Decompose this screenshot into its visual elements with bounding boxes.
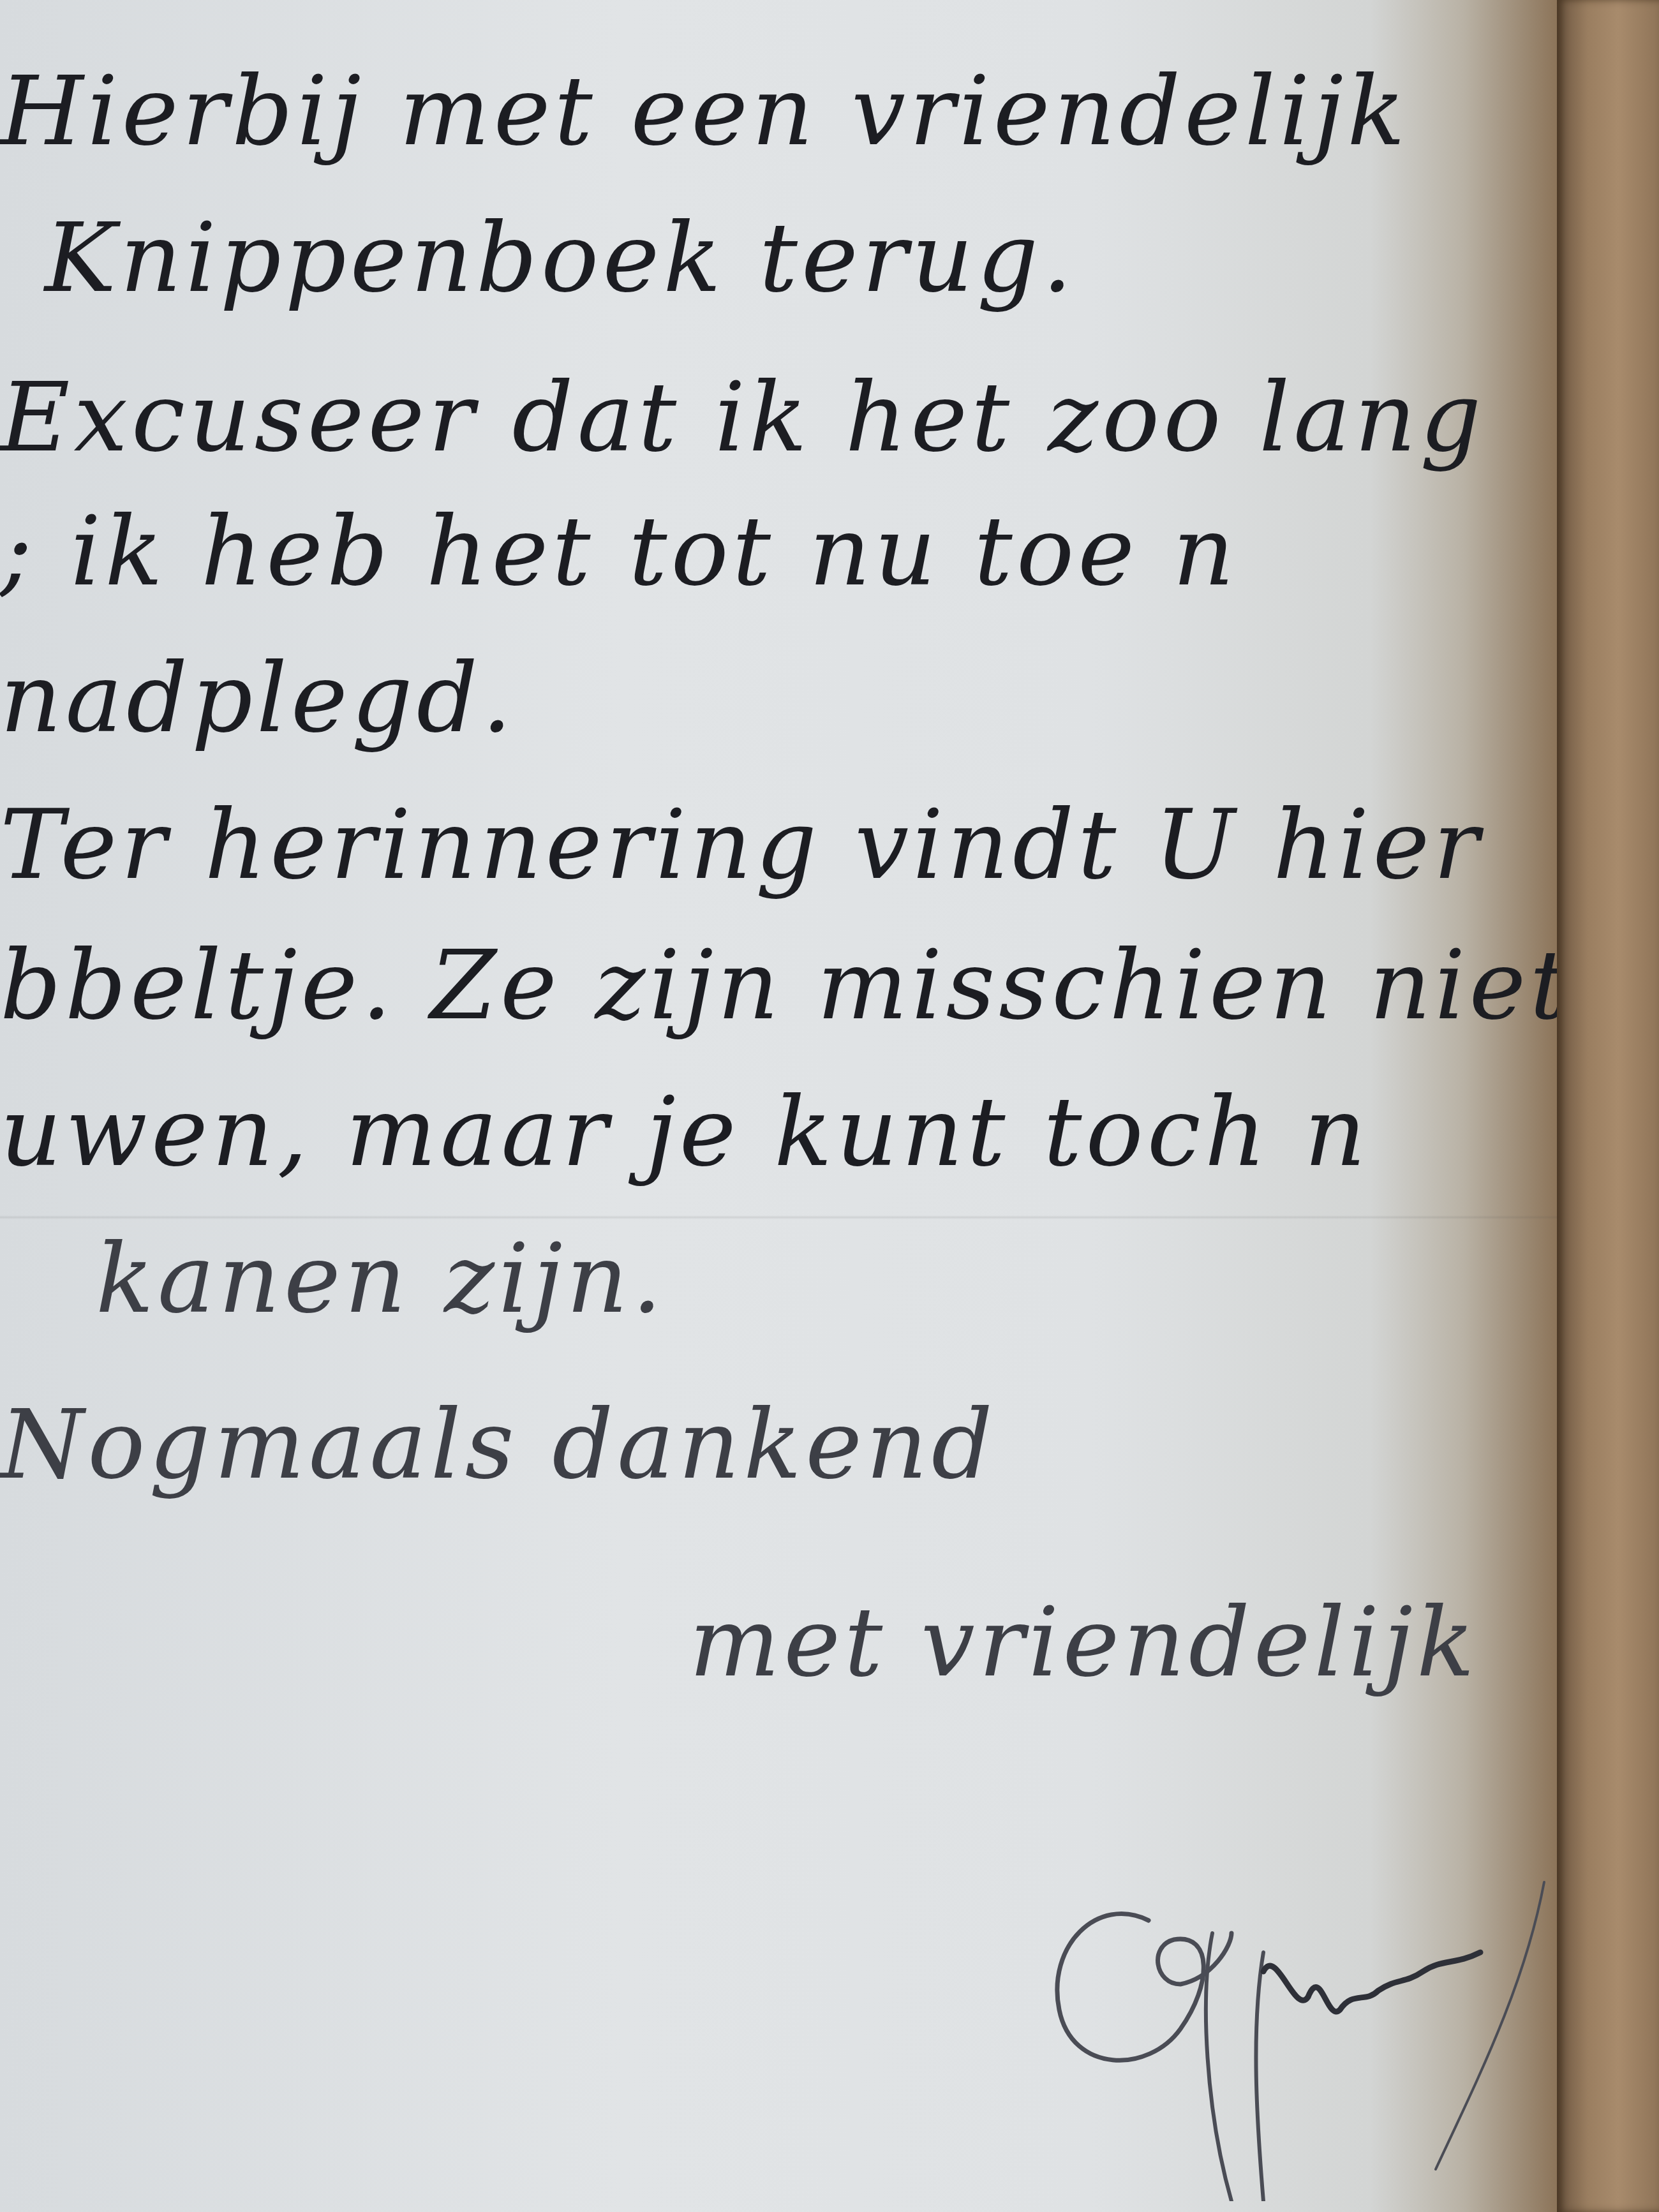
letter-line-3: Excuseer dat ik het zoo lang — [0, 370, 1485, 466]
letter-line-1: Hierbij met een vriendelijk — [0, 64, 1409, 160]
letter-line-9: kanen zijn. — [96, 1231, 666, 1327]
letter-closing: met vriendelijk — [689, 1595, 1478, 1691]
letter-line-7: bbeltje. Ze zijn misschien niet — [0, 938, 1572, 1034]
signature-scribble — [1021, 1869, 1582, 2201]
letter-line-6: Ter herinnering vindt U hier — [0, 798, 1483, 893]
paper-fold-crease — [0, 1215, 1557, 1219]
letter-page: Hierbij met een vriendelijk Knippenboek … — [0, 0, 1557, 2212]
letter-line-8: uwen, maar je kunt toch n — [0, 1085, 1370, 1180]
book-cover-edge — [1557, 0, 1659, 2212]
letter-line-5: nadplegd. — [0, 651, 516, 746]
letter-line-10: Nogmaals dankend — [0, 1397, 997, 1493]
letter-line-2: Knippenboek terug. — [45, 211, 1076, 306]
letter-line-4: ; ik heb het tot nu toe n — [0, 504, 1238, 600]
